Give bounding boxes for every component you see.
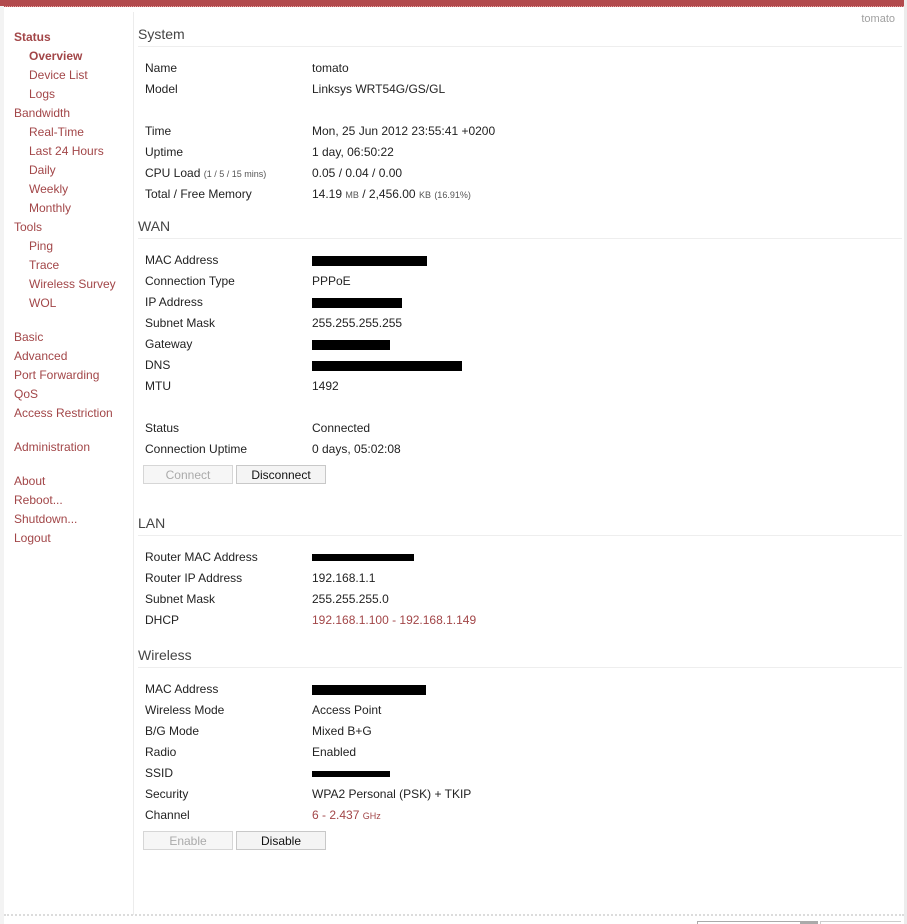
label: Name (145, 58, 312, 79)
dhcp-link[interactable]: 192.168.1.100 - 192.168.1.149 (312, 610, 476, 631)
label: Connection Uptime (145, 439, 312, 460)
sidebar-item-reboot[interactable]: Reboot... (4, 491, 133, 510)
sidebar-item-about[interactable]: About (4, 472, 133, 491)
row-wl-mode: Wireless ModeAccess Point (138, 700, 902, 721)
wireless-section: Wireless MAC Address Wireless ModeAccess… (138, 643, 902, 850)
sidebar-item-ping[interactable]: Ping (4, 237, 133, 256)
value: tomato (312, 58, 349, 79)
nav-group-gap (4, 457, 133, 472)
sidebar-item-logout[interactable]: Logout (4, 529, 133, 548)
value: 1 day, 06:50:22 (312, 142, 394, 163)
row-dns: DNS (138, 355, 902, 376)
sidebar-item-weekly[interactable]: Weekly (4, 180, 133, 199)
label: Router MAC Address (145, 547, 312, 568)
sidebar-item-wireless-survey[interactable]: Wireless Survey (4, 275, 133, 294)
sidebar-item-status[interactable]: Status (4, 28, 133, 47)
row-name: Nametomato (138, 58, 902, 79)
row-mtu: MTU1492 (138, 376, 902, 397)
label: SSID (145, 763, 312, 784)
value: 255.255.255.255 (312, 313, 402, 334)
value: WPA2 Personal (PSK) + TKIP (312, 784, 471, 805)
row-wan-ip: IP Address (138, 292, 902, 313)
sidebar-item-basic[interactable]: Basic (4, 328, 133, 347)
sidebar-item-wol[interactable]: WOL (4, 294, 133, 313)
redacted-value (312, 763, 390, 784)
redacted-value (312, 679, 426, 700)
value: Mixed B+G (312, 721, 372, 742)
memory-free: 2,456.00 (369, 187, 416, 201)
memory-free-unit: KB (419, 190, 431, 200)
value: 192.168.1.1 (312, 568, 375, 589)
row-conn-type: Connection TypePPPoE (138, 271, 902, 292)
row-channel: Channel6 - 2.437 GHz (138, 805, 902, 826)
value: Connected (312, 418, 370, 439)
connect-button[interactable]: Connect (143, 465, 233, 484)
row-security: SecurityWPA2 Personal (PSK) + TKIP (138, 784, 902, 805)
row-ssid: SSID (138, 763, 902, 784)
redacted-value (312, 547, 414, 568)
label: B/G Mode (145, 721, 312, 742)
row-model: ModelLinksys WRT54G/GS/GL (138, 79, 902, 100)
row-lan-ip: Router IP Address192.168.1.1 (138, 568, 902, 589)
label: Uptime (145, 142, 312, 163)
sidebar-item-bandwidth[interactable]: Bandwidth (4, 104, 133, 123)
row-conn-uptime: Connection Uptime0 days, 05:02:08 (138, 439, 902, 460)
sidebar-item-administration[interactable]: Administration (4, 438, 133, 457)
row-memory: Total / Free Memory14.19 MB / 2,456.00 K… (138, 184, 902, 205)
value: 14.19 MB / 2,456.00 KB (16.91%) (312, 184, 471, 205)
sidebar-nav: StatusOverviewDevice ListLogsBandwidthRe… (4, 28, 133, 548)
sidebar-item-real-time[interactable]: Real-Time (4, 123, 133, 142)
row-dhcp: DHCP192.168.1.100 - 192.168.1.149 (138, 610, 902, 631)
value: 0.05 / 0.04 / 0.00 (312, 163, 402, 184)
redacted-value (312, 334, 390, 355)
cpu-label: CPU Load (145, 166, 200, 180)
row-lan-subnet: Subnet Mask255.255.255.0 (138, 589, 902, 610)
row-wan-mac: MAC Address (138, 250, 902, 271)
value: 255.255.255.0 (312, 589, 389, 610)
value: Mon, 25 Jun 2012 23:55:41 +0200 (312, 121, 495, 142)
row-time: TimeMon, 25 Jun 2012 23:55:41 +0200 (138, 121, 902, 142)
row-uptime: Uptime1 day, 06:50:22 (138, 142, 902, 163)
disconnect-button[interactable]: Disconnect (236, 465, 326, 484)
sidebar-item-access-restriction[interactable]: Access Restriction (4, 404, 133, 423)
main-content: System Nametomato ModelLinksys WRT54G/GS… (138, 22, 902, 850)
value: PPPoE (312, 271, 351, 292)
system-section: System Nametomato ModelLinksys WRT54G/GS… (138, 22, 902, 205)
label: MTU (145, 376, 312, 397)
value: 0 days, 05:02:08 (312, 439, 401, 460)
label: Subnet Mask (145, 589, 312, 610)
row-lan-mac: Router MAC Address (138, 547, 902, 568)
label: Total / Free Memory (145, 184, 312, 205)
channel-value: 6 - 2.437 GHz (312, 805, 381, 826)
label: Wireless Mode (145, 700, 312, 721)
row-wan-subnet: Subnet Mask255.255.255.255 (138, 313, 902, 334)
enable-radio-button[interactable]: Enable (143, 831, 233, 850)
sidebar-divider (133, 12, 134, 915)
row-gateway: Gateway (138, 334, 902, 355)
value: Linksys WRT54G/GS/GL (312, 79, 445, 100)
sidebar-item-advanced[interactable]: Advanced (4, 347, 133, 366)
memory-total: 14.19 (312, 187, 342, 201)
section-title-system: System (138, 22, 902, 47)
memory-free-pct: (16.91%) (434, 190, 471, 200)
sidebar-item-device-list[interactable]: Device List (4, 66, 133, 85)
sidebar-item-tools[interactable]: Tools (4, 218, 133, 237)
label: DNS (145, 355, 312, 376)
label: Gateway (145, 334, 312, 355)
redacted-value (312, 355, 462, 376)
label: IP Address (145, 292, 312, 313)
label: MAC Address (145, 250, 312, 271)
label: DHCP (145, 610, 312, 631)
sidebar-item-logs[interactable]: Logs (4, 85, 133, 104)
wan-section: WAN MAC Address Connection TypePPPoE IP … (138, 214, 902, 484)
memory-total-unit: MB (345, 190, 359, 200)
row-bg-mode: B/G ModeMixed B+G (138, 721, 902, 742)
label: Status (145, 418, 312, 439)
sidebar-item-daily[interactable]: Daily (4, 161, 133, 180)
lan-section: LAN Router MAC Address Router IP Address… (138, 511, 902, 631)
sidebar-item-monthly[interactable]: Monthly (4, 199, 133, 218)
label: Security (145, 784, 312, 805)
sidebar-item-shutdown[interactable]: Shutdown... (4, 510, 133, 529)
sidebar-item-overview[interactable]: Overview (4, 47, 133, 66)
label: Radio (145, 742, 312, 763)
disable-radio-button[interactable]: Disable (236, 831, 326, 850)
nav-group-gap (4, 423, 133, 438)
top-accent-bar (0, 0, 904, 7)
label: Router IP Address (145, 568, 312, 589)
sidebar-item-trace[interactable]: Trace (4, 256, 133, 275)
row-wl-mac: MAC Address (138, 679, 902, 700)
sidebar-item-last-24-hours[interactable]: Last 24 Hours (4, 142, 133, 161)
label: Subnet Mask (145, 313, 312, 334)
label: Time (145, 121, 312, 142)
label: Connection Type (145, 271, 312, 292)
label: Channel (145, 805, 312, 826)
section-title-wireless: Wireless (138, 643, 902, 668)
label: CPU Load (1 / 5 / 15 mins) (145, 163, 312, 184)
value: 1492 (312, 376, 339, 397)
cpu-label-note: (1 / 5 / 15 mins) (204, 169, 267, 179)
value: Enabled (312, 742, 356, 763)
channel-unit: GHz (363, 811, 381, 821)
value: Access Point (312, 700, 381, 721)
redacted-value (312, 250, 427, 271)
row-radio: RadioEnabled (138, 742, 902, 763)
row-cpu-load: CPU Load (1 / 5 / 15 mins)0.05 / 0.04 / … (138, 163, 902, 184)
nav-group-gap (4, 313, 133, 328)
footer-divider (4, 914, 904, 916)
redacted-value (312, 292, 402, 313)
section-title-wan: WAN (138, 214, 902, 239)
channel-number: 6 - 2.437 (312, 808, 359, 822)
label: Model (145, 79, 312, 100)
label: MAC Address (145, 679, 312, 700)
section-title-lan: LAN (138, 511, 902, 536)
row-wan-status: StatusConnected (138, 418, 902, 439)
sidebar-item-port-forwarding[interactable]: Port Forwarding (4, 366, 133, 385)
sidebar-item-qos[interactable]: QoS (4, 385, 133, 404)
